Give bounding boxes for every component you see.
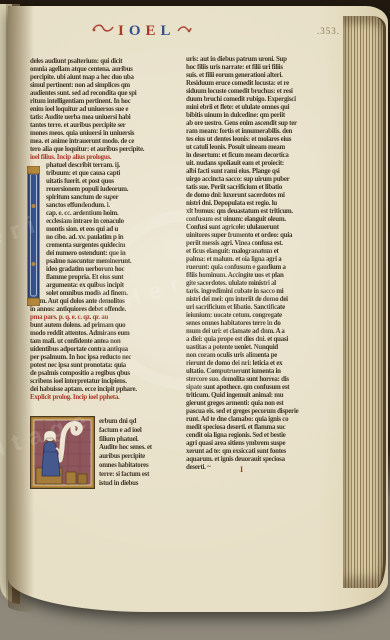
text-line: tero alia que loquitur: et auribus perci… [30, 146, 170, 154]
text-line: periit messis agri. Vinea confusa est. [186, 240, 336, 248]
text-column-right: uris: aut in diebus patrum uroni. Suphoc… [186, 56, 336, 476]
text-line: reuersionem populi iudeorum. [30, 186, 170, 194]
text-line: uitatis fuerit. et post quos [30, 178, 170, 186]
text-line: Confusi sunt agricole: ululauerunt [186, 224, 336, 232]
text-line: istud in diebus [99, 480, 171, 489]
text-line: mones meos. quia uniuersi in uniuersis [30, 130, 170, 138]
text-line: no cibo. ad. xv. paulatim p in [30, 234, 170, 242]
text-line: medit speciosa deserti. et flamma suc [186, 424, 336, 432]
text-line: uris: aut in diebus patrum uroni. Sup [186, 56, 336, 64]
text-line: tantes terre. et auribus percipite ser [30, 122, 170, 130]
text-line: taris. ingredimini cubate in sacco mi [186, 288, 336, 296]
text-line: gite sacerdotes. ululate ministri al [186, 280, 336, 288]
text-line: tes eius ut dentes leonis: et molares ei… [186, 136, 336, 144]
text-line: I [118, 23, 125, 39]
text-line: omnes habitatores [99, 462, 171, 471]
text-line: L [161, 23, 172, 39]
text-line: flamme propria. Et eius sunt [30, 274, 170, 282]
text-line: siduum locuste comedit bruchus: et resi [186, 88, 336, 96]
text-line: E [146, 23, 157, 39]
text-line: suis. et filii eorum generationi alteri. [186, 72, 336, 80]
text-line: rierunt de domo dei nri: leticia et ex [186, 360, 336, 368]
manuscript-photo: IOEL .353. deles audiunt psalterium: qui… [0, 0, 390, 640]
text-line: ram meam: fortis et innumerabilis. den [186, 128, 336, 136]
text-line: in desertum: et ficum meam decortica [186, 152, 336, 160]
text-line: etiam. Aut qui dolos ante demolitos [30, 298, 170, 306]
text-column-left-beside-miniature: erbum dni qdfactum e ad ioelfilium phatu… [99, 418, 171, 490]
text-line: non coram oculis uris alimenta pe [186, 352, 336, 360]
fore-edge-pages [343, 16, 386, 588]
text-line: dei numero ostendunt: que in [30, 250, 170, 258]
header-title-letters: IOEL [118, 23, 172, 39]
text-line: Explicit prolog. Incip ioel ppheta. [30, 394, 170, 402]
text-line: ieiunium: uocate cetum. congregate [186, 312, 336, 320]
text-line: ideo gradatim uerborum hoc [30, 266, 170, 274]
text-line: filium phatuel. [99, 436, 171, 445]
text-line: nistri dni. Depopulata est regio. lu [186, 200, 336, 208]
text-line: cap. e. cc. ardentium hoim. [30, 210, 170, 218]
manuscript-page: IOEL .353. deles audiunt psalterium: qui… [8, 6, 388, 612]
text-line: argumenta: ex quibus incipit [30, 282, 170, 290]
text-column-left: deles audiunt psalterium: qui dicitomnia… [30, 58, 170, 404]
text-line: per psalmum. In hoc ipsa reducto nec [30, 354, 170, 362]
text-line: runt. Ad te dne clamabo: quia ignis co [186, 416, 336, 424]
text-line: tatis sue. Periit sacrificium et libatio [186, 184, 336, 192]
text-line: dei habuisse aptam. ecce incipit pphare. [30, 386, 170, 394]
text-line: montis sion. et eos qui ad u [30, 226, 170, 234]
text-line: xerunt ad te: qm exsiccati sunt fontes [186, 448, 336, 456]
text-line: phatuel describit terram. ij. [30, 162, 170, 170]
text-line: factum e ad ioel [99, 427, 171, 436]
text-line: simul pertinent: non ad simplices qm [30, 82, 170, 90]
text-line: a diei: quia prope est dies dni. et quas… [186, 336, 336, 344]
text-line: duum bruchi comedit rubigo. Expergisci [186, 96, 336, 104]
text-line: de domo dni: luxerunt sacerdotes mi [186, 192, 336, 200]
gutter-shadow [8, 6, 34, 612]
text-line: sanctos effundendum. i. [30, 202, 170, 210]
text-line: potest nec ipsa sunt pronotata: quia [30, 362, 170, 370]
text-line: uri sacrificium et libatio. Sanctificate [186, 304, 336, 312]
text-line: spiritum sanctum de super [30, 194, 170, 202]
text-line: modo reddit attentos. Admirans eum [30, 330, 170, 338]
text-line: senes omnes habitatores terre in do [186, 320, 336, 328]
text-line: audientes sunt. sed ad recondita que spi [30, 90, 170, 98]
text-line: palma: et malum. et oia ligna agri a [186, 256, 336, 264]
text-line: tam mali. ut confidente antea non [30, 338, 170, 346]
text-line: tatis: Audite uerba mea uniuersi habi [30, 114, 170, 122]
text-line: ritum intelligentiam pertinent. In hoc [30, 98, 170, 106]
text-line: auribus percipite [99, 453, 171, 462]
text-line: mini ebrii et flete: et ululate omnes qu… [186, 104, 336, 112]
text-line: ioel filius. Incip alius prologus. [30, 154, 170, 162]
text-line: solet omnibus modis ad finem. [30, 290, 170, 298]
text-line: deserti. ~ [186, 464, 336, 472]
text-line: de psalmis compositio a regibus qbus [30, 370, 170, 378]
text-line: hoc filiis uris narrate: et filii uri fi… [186, 64, 336, 72]
text-line: uastitas a potente ueniet. Nunquid [186, 344, 336, 352]
text-line: ecclesiam intrare in cenaculo [30, 218, 170, 226]
text-line: crementa surgentes quidecim [30, 242, 170, 250]
text-line: terre: si factum est [99, 471, 171, 480]
running-header: IOEL [92, 22, 192, 40]
text-line: cendit oia ligna regionis. Sed et bestie [186, 432, 336, 440]
text-line: omnia agellam atque centena. auribus [30, 66, 170, 74]
text-line: ultatio. Computruerunt iumenta in [186, 368, 336, 376]
text-line: triticum. Quid ingemuit animal: mu [186, 392, 336, 400]
chapter-initial-mark: I [240, 465, 243, 474]
header-flourish-right-icon [176, 22, 192, 40]
text-line: Audite hoc senes. et [99, 444, 171, 453]
text-line: mum dei uri: et clamate ad dnm. A a [186, 328, 336, 336]
text-line: sipate sunt apothece. qm confusum est [186, 384, 336, 392]
text-line: deles audiunt psalterium: qui dicit [30, 58, 170, 66]
text-line: Residuum eruce comedit locusta: et re [186, 80, 336, 88]
folio-number: .353. [317, 26, 340, 36]
text-line: xit humus: qm deuastatum est triticum. [186, 208, 336, 216]
header-flourish-left-icon [92, 22, 114, 40]
text-line: psalmo nascuntur meminerunt. [30, 258, 170, 266]
text-line: nistri dei mei: qm interiit de domo dei [186, 296, 336, 304]
text-line: uirgo accincta sacco: sup uirum puber [186, 176, 336, 184]
text-line: scribens ioel interpretatur incipiens. [30, 378, 170, 386]
text-line: ruerunt: quia confusum e gaudium a [186, 264, 336, 272]
text-line: filiis hominum. Accingite uos et plan [186, 272, 336, 280]
text-line: in annos: antiquiores debet offende. [30, 306, 170, 314]
text-line: bunt autem dolens. ad primam quo [30, 322, 170, 330]
text-line: gierunt greges armenti: quia non est [186, 400, 336, 408]
text-line: ab ore uestro. Gens enim ascendit sup te… [186, 120, 336, 128]
text-line: enim ioel loquitur ad uniuersos sue e [30, 106, 170, 114]
text-line: uidentibus adportate contra antiqua [30, 346, 170, 354]
text-line: aquarum. et ignis deuorauit speciosa [186, 456, 336, 464]
text-line: tribuum: et que causa capti [30, 170, 170, 178]
text-line: uinitores super frumento et ordeo: quia [186, 232, 336, 240]
joel-miniature [30, 416, 95, 489]
text-line: agri quasi area sitiens ymbrem suspe [186, 440, 336, 448]
text-line: pascua eis. sed et greges pecorum disper… [186, 408, 336, 416]
text-line: et ficus elanguit: malogranatum et [186, 248, 336, 256]
text-line: O [129, 23, 142, 39]
text-line: mea. et anime intrauerunt modo. de ce [30, 138, 170, 146]
text-line: erbum dni qd [99, 418, 171, 427]
text-line: percipite. ubi aiunt map a hec duo uba [30, 74, 170, 82]
text-line: pma pars. p. q. e. c. qz. qr. au [30, 314, 170, 322]
text-line: albi facti sunt rami eius. Plange qsi [186, 168, 336, 176]
text-line: uit. nudans spoliauit eam et proiecit: [186, 160, 336, 168]
text-line: confusum est uinum: elanguit oleum. [186, 216, 336, 224]
text-line: bibitis uinum in dulcedine: qm periit [186, 112, 336, 120]
text-line: ut catuli leonis. Posuit uineam meam [186, 144, 336, 152]
text-line: stercore suo. demolita sunt horrea: dis [186, 376, 336, 384]
